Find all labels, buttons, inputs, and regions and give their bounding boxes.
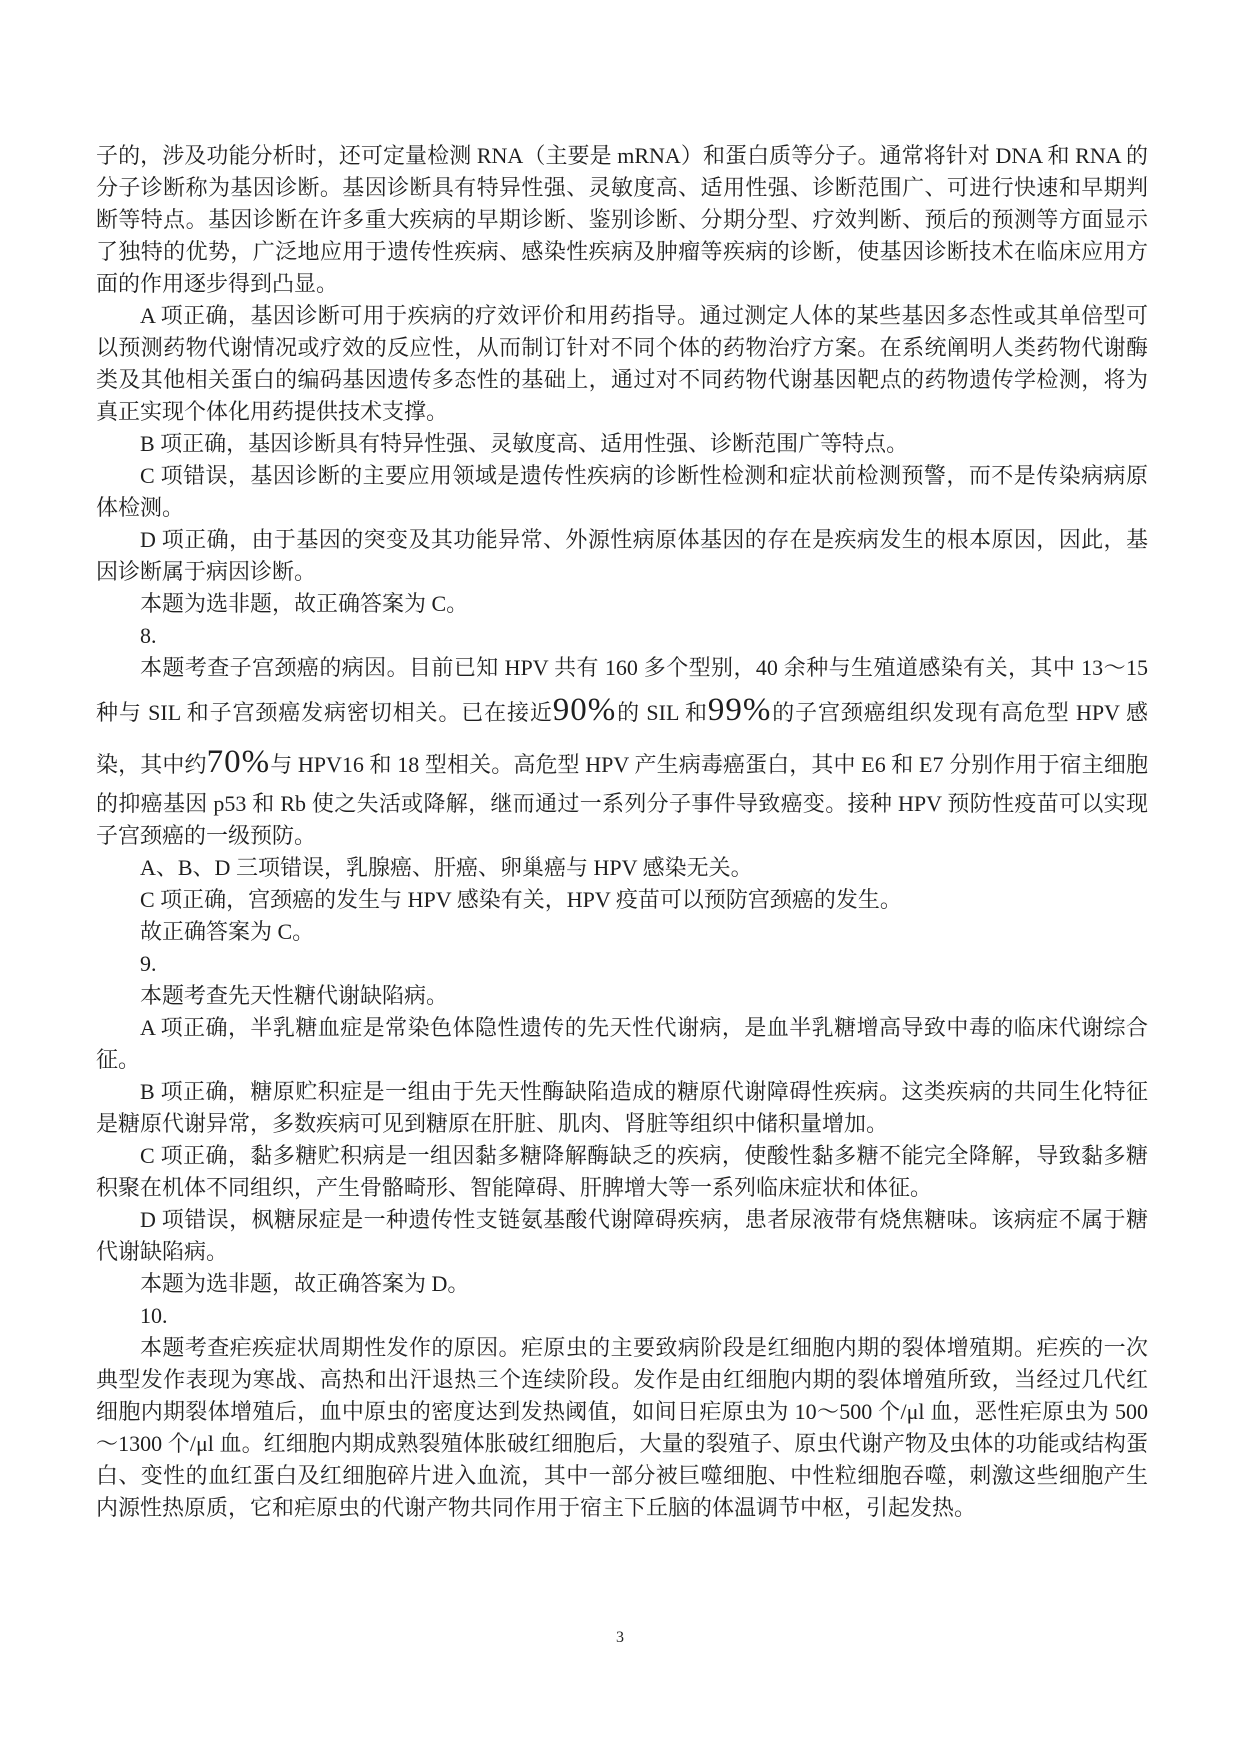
document-page: 子的，涉及功能分析时，还可定量检测 RNA（主要是 mRNA）和蛋白质等分子。通… (0, 0, 1240, 1754)
q8-explanation: 本题考查子宫颈癌的病因。目前已知 HPV 共有 160 多个型别，40 余种与生… (96, 652, 1148, 852)
q9-number: 9. (96, 948, 1148, 980)
text-run: 故正确答案为 C。 (140, 919, 314, 944)
text-run: B 项正确，糖原贮积症是一组由于先天性酶缺陷造成的糖原代谢障碍性疾病。这类疾病的… (96, 1079, 1148, 1136)
q10-explanation: 本题考查疟疾症状周期性发作的原因。疟原虫的主要致病阶段是红细胞内期的裂体增殖期。… (96, 1332, 1148, 1524)
text-run: 本题考查疟疾症状周期性发作的原因。疟原虫的主要致病阶段是红细胞内期的裂体增殖期。… (96, 1335, 1148, 1520)
document-body: 子的，涉及功能分析时，还可定量检测 RNA（主要是 mRNA）和蛋白质等分子。通… (96, 140, 1148, 1524)
q9-topic: 本题考查先天性糖代谢缺陷病。 (96, 980, 1148, 1012)
large-percentage: 99% (708, 692, 772, 728)
text-run: C 项正确，黏多糖贮积病是一组因黏多糖降解酶缺乏的疾病，使酸性黏多糖不能完全降解… (96, 1143, 1148, 1200)
q8-options-abd: A、B、D 三项错误，乳腺癌、肝癌、卵巢癌与 HPV 感染无关。 (96, 852, 1148, 884)
q9-option-d: D 项错误，枫糖尿症是一种遗传性支链氨基酸代谢障碍疾病，患者尿液带有烧焦糖味。该… (96, 1204, 1148, 1268)
text-run: A 项正确，基因诊断可用于疾病的疗效评价和用药指导。通过测定人体的某些基因多态性… (96, 303, 1148, 424)
q7-option-b: B 项正确，基因诊断具有特异性强、灵敏度高、适用性强、诊断范围广等特点。 (96, 428, 1148, 460)
q7-option-c: C 项错误，基因诊断的主要应用领域是遗传性疾病的诊断性检测和症状前检测预警，而不… (96, 460, 1148, 524)
page-number: 3 (616, 1629, 624, 1646)
q9-option-a: A 项正确，半乳糖血症是常染色体隐性遗传的先天性代谢病，是血半乳糖增高导致中毒的… (96, 1012, 1148, 1076)
large-percentage: 70% (207, 744, 271, 780)
q9-option-b: B 项正确，糖原贮积症是一组由于先天性酶缺陷造成的糖原代谢障碍性疾病。这类疾病的… (96, 1076, 1148, 1140)
q7-option-a: A 项正确，基因诊断可用于疾病的疗效评价和用药指导。通过测定人体的某些基因多态性… (96, 300, 1148, 428)
text-run: D 项错误，枫糖尿症是一种遗传性支链氨基酸代谢障碍疾病，患者尿液带有烧焦糖味。该… (96, 1207, 1148, 1264)
q8-number: 8. (96, 620, 1148, 652)
q8-answer: 故正确答案为 C。 (96, 916, 1148, 948)
text-run: 8. (140, 623, 157, 648)
text-run: 的 SIL 和 (616, 700, 708, 725)
q8-option-c: C 项正确，宫颈癌的发生与 HPV 感染有关，HPV 疫苗可以预防宫颈癌的发生。 (96, 884, 1148, 916)
q7-explanation-continued: 子的，涉及功能分析时，还可定量检测 RNA（主要是 mRNA）和蛋白质等分子。通… (96, 140, 1148, 300)
text-run: C 项正确，宫颈癌的发生与 HPV 感染有关，HPV 疫苗可以预防宫颈癌的发生。 (140, 887, 902, 912)
text-run: A、B、D 三项错误，乳腺癌、肝癌、卵巢癌与 HPV 感染无关。 (140, 855, 753, 880)
text-run: 本题为选非题，故正确答案为 D。 (140, 1271, 469, 1296)
text-run: A 项正确，半乳糖血症是常染色体隐性遗传的先天性代谢病，是血半乳糖增高导致中毒的… (96, 1015, 1148, 1072)
text-run: B 项正确，基因诊断具有特异性强、灵敏度高、适用性强、诊断范围广等特点。 (140, 431, 908, 456)
page-footer: 3 (0, 1628, 1240, 1648)
q9-option-c: C 项正确，黏多糖贮积病是一组因黏多糖降解酶缺乏的疾病，使酸性黏多糖不能完全降解… (96, 1140, 1148, 1204)
text-run: D 项正确，由于基因的突变及其功能异常、外源性病原体基因的存在是疾病发生的根本原… (96, 527, 1148, 584)
text-run: 9. (140, 951, 157, 976)
q7-option-d: D 项正确，由于基因的突变及其功能异常、外源性病原体基因的存在是疾病发生的根本原… (96, 524, 1148, 588)
text-run: 本题考查先天性糖代谢缺陷病。 (140, 983, 448, 1008)
text-run: 10. (140, 1303, 168, 1328)
large-percentage: 90% (553, 692, 617, 728)
q9-answer: 本题为选非题，故正确答案为 D。 (96, 1268, 1148, 1300)
text-run: C 项错误，基因诊断的主要应用领域是遗传性疾病的诊断性检测和症状前检测预警，而不… (96, 463, 1148, 520)
text-run: 子的，涉及功能分析时，还可定量检测 RNA（主要是 mRNA）和蛋白质等分子。通… (96, 143, 1148, 296)
text-run: 本题为选非题，故正确答案为 C。 (140, 591, 468, 616)
q7-answer: 本题为选非题，故正确答案为 C。 (96, 588, 1148, 620)
q10-number: 10. (96, 1300, 1148, 1332)
